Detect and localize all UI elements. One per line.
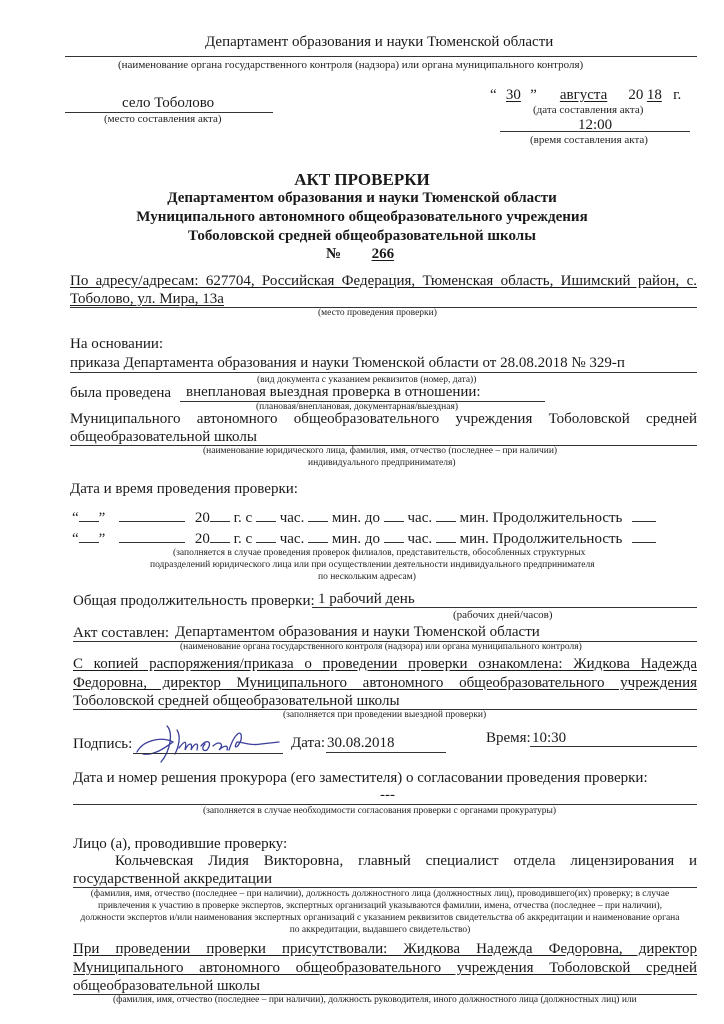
inspectors-caption-1: (фамилия, имя, отчество (последнее – при… <box>60 889 700 899</box>
signature-field[interactable] <box>133 722 283 764</box>
compiled-label: Акт составлен: <box>73 625 169 642</box>
basis-underline <box>70 372 697 373</box>
min-from-blank[interactable] <box>308 530 328 543</box>
present-caption: (фамилия, имя, отчество (последнее – при… <box>113 995 637 1005</box>
date-open-quote: “ <box>490 87 497 103</box>
month-blank[interactable] <box>119 530 185 543</box>
act-number-label: № <box>326 246 341 262</box>
compiled-value: Департаментом образования и науки Тюменс… <box>175 624 540 641</box>
datetime-row-1: “” 20 г. с час. мин. до час. мин. Продол… <box>72 509 656 527</box>
hour-from-blank[interactable] <box>256 530 276 543</box>
authority-caption: (наименование органа государственного ко… <box>118 59 583 71</box>
min-from-blank[interactable] <box>308 509 328 522</box>
inspectors-label: Лицо (а), проводившие проверку: <box>73 836 287 853</box>
date-month: августа <box>549 87 619 104</box>
place-value: село Тоболово <box>122 95 214 112</box>
handwritten-signature-icon <box>133 722 283 764</box>
year-blank[interactable] <box>210 530 230 543</box>
acquainted-line-1: С копией распоряжения/приказа о проведен… <box>73 656 697 673</box>
entity-caption-1: (наименование юридического лица, фамилия… <box>203 446 557 456</box>
duration-value: 1 рабочий день <box>318 591 415 608</box>
present-line-2: Муниципального автономного общеобразоват… <box>73 960 697 977</box>
min-to-blank[interactable] <box>436 509 456 522</box>
document-title: АКТ ПРОВЕРКИ <box>0 170 724 190</box>
inspectors-caption-3: должности экспертов и/или наименования э… <box>60 913 700 923</box>
basis-label: На основании: <box>70 336 163 353</box>
act-number-value: 266 <box>351 246 415 263</box>
date-year-suffix: 18 <box>643 87 665 104</box>
compiled-caption: (наименование органа государственного ко… <box>180 642 582 652</box>
time-underline <box>500 131 690 132</box>
year-blank[interactable] <box>210 509 230 522</box>
hour-from-blank[interactable] <box>256 509 276 522</box>
title-line-1: Департаментом образования и науки Тюменс… <box>0 190 724 207</box>
acquainted-caption: (заполняется при проведении выездной про… <box>283 710 486 720</box>
authority-underline <box>65 56 697 57</box>
duration-caption: (рабочих дней/часов) <box>453 609 553 621</box>
conducted-label: была проведена <box>70 385 171 402</box>
datetime-caption-1: (заполняется в случае проведения проверо… <box>173 548 585 558</box>
duration-label: Общая продолжительность проверки: <box>73 593 315 610</box>
present-line-1: При проведении проверки присутствовали: … <box>73 941 697 958</box>
date-year-prefix: 20 <box>628 87 643 103</box>
signature-underline <box>133 753 283 754</box>
title-line-3: Тоболовской средней общеобразовательной … <box>0 228 724 245</box>
inspectors-line-2: государственной аккредитации <box>73 871 272 888</box>
signature-date-label: Дата: <box>291 735 325 752</box>
place-caption: (место составления акта) <box>104 113 222 125</box>
datetime-caption-3: по нескольким адресам) <box>318 572 416 582</box>
date-field: “ 30 ” августа 2018 г. <box>490 87 681 104</box>
month-blank[interactable] <box>119 509 185 522</box>
date-year-unit: г. <box>673 87 681 103</box>
address-caption: (место проведения проверки) <box>318 308 437 318</box>
signature-date-underline <box>326 752 446 753</box>
address-line-2: Тоболово, ул. Мира, 13а <box>70 291 224 308</box>
title-line-2: Муниципального автономного общеобразоват… <box>0 209 724 226</box>
signature-label: Подпись: <box>73 736 132 753</box>
inspectors-line-1: Кольчевская Лидия Викторовна, главный сп… <box>115 853 697 870</box>
duration-underline <box>312 607 697 608</box>
datetime-caption-2: подразделений юридического лица или при … <box>150 560 595 570</box>
hour-to-blank[interactable] <box>384 509 404 522</box>
prosecutor-underline <box>73 804 697 805</box>
inspectors-caption-4: по аккредитации, выдавшего свидетельство… <box>60 925 700 935</box>
prosecutor-caption: (заполняется в случае необходимости согл… <box>203 806 556 816</box>
day-blank[interactable] <box>79 530 99 543</box>
duration-blank[interactable] <box>632 530 656 543</box>
duration-blank[interactable] <box>632 509 656 522</box>
basis-value: приказа Департамента образования и науки… <box>70 355 625 372</box>
address-line-1: По адресу/адресам: 627704, Российская Фе… <box>70 273 697 290</box>
min-to-blank[interactable] <box>436 530 456 543</box>
inspectors-underline <box>73 887 697 888</box>
entity-line-2: общеобразовательной школы <box>70 429 257 446</box>
datetime-row-2: “” 20 г. с час. мин. до час. мин. Продол… <box>72 530 656 548</box>
prosecutor-label: Дата и номер решения прокурора (его заме… <box>73 770 648 787</box>
authority-name: Департамент образования и науки Тюменско… <box>205 34 553 51</box>
entity-caption-2: индивидуального предпринимателя) <box>308 458 456 468</box>
day-blank[interactable] <box>79 509 99 522</box>
datetime-label: Дата и время проведения проверки: <box>70 481 298 498</box>
hour-to-blank[interactable] <box>384 530 404 543</box>
date-day: 30 <box>500 87 526 104</box>
date-close-quote: ” <box>530 87 537 103</box>
inspectors-caption-2: привлечения к участию в проверке эксперт… <box>60 901 700 911</box>
acquainted-line-3: Тоболовской средней общеобразовательной … <box>73 693 400 710</box>
signature-time-underline <box>530 746 697 747</box>
prosecutor-value: --- <box>380 787 395 804</box>
conducted-value: внеплановая выездная проверка в отношени… <box>186 384 481 401</box>
acquainted-line-2: Федоровна, директор Муниципального автон… <box>73 675 697 692</box>
signature-time-value: 10:30 <box>532 730 566 747</box>
act-number: № 266 <box>326 246 415 263</box>
date-caption: (дата составления акта) <box>533 104 643 116</box>
signature-time-label: Время: <box>486 730 531 747</box>
entity-line-1: Муниципального автономного общеобразоват… <box>70 411 697 428</box>
time-caption: (время составления акта) <box>530 134 648 146</box>
signature-date-value: 30.08.2018 <box>327 735 395 752</box>
present-line-3: общеобразовательной школы <box>73 978 260 995</box>
